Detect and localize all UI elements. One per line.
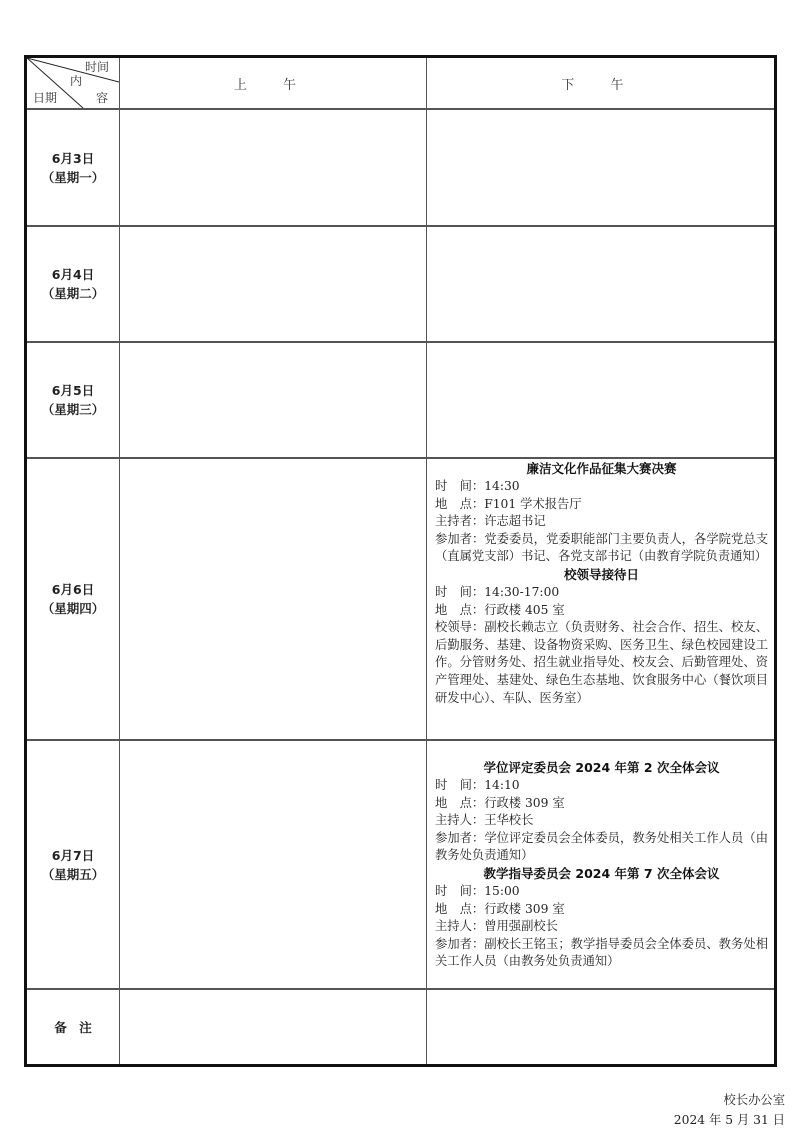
schedule-table: 时间 内 容 日期 上 午 下 午 6月3日 （星期一） 6月4日 （星期二） … (24, 55, 777, 1067)
weekday-label: （星期三） (42, 400, 105, 419)
morning-cell-fri (120, 741, 426, 988)
header-morning: 上 午 (120, 58, 426, 108)
footer-issuer: 校长办公室 (724, 1090, 786, 1108)
header-corner-cell: 时间 内 容 日期 (27, 58, 119, 108)
event-location: 地 点：行政楼 309 室 (435, 901, 768, 919)
afternoon-cell-fri: 学位评定委员会 2024 年第 2 次全体会议 时 间：14:10 地 点：行政… (427, 741, 774, 988)
date-label: 6月5日 (52, 381, 94, 400)
event-time: 时 间：14:10 (435, 777, 768, 795)
remarks-content-cell (120, 990, 774, 1064)
event-title: 校领导接待日 (435, 566, 768, 584)
afternoon-cell-thu: 廉洁文化作品征集大赛决赛 时 间：14:30 地 点：F101 学术报告厅 主持… (427, 459, 774, 739)
date-cell-fri: 6月7日 （星期五） (27, 741, 119, 988)
event-title: 廉洁文化作品征集大赛决赛 (435, 460, 768, 478)
event: 廉洁文化作品征集大赛决赛 时 间：14:30 地 点：F101 学术报告厅 主持… (435, 460, 768, 566)
corner-time-label: 时间 (85, 58, 109, 75)
header-afternoon: 下 午 (427, 58, 774, 108)
date-label: 6月7日 (52, 846, 94, 865)
date-label: 6月4日 (52, 265, 94, 284)
remarks-label: 备 注 (54, 1018, 92, 1037)
morning-cell-thu (120, 459, 426, 739)
event-host: 主持人：曾用强副校长 (435, 918, 768, 936)
event-participants: 参加者：学位评定委员会全体委员，教务处相关工作人员（由教务处负责通知） (435, 830, 768, 865)
corner-content-label-1: 内 (70, 72, 82, 89)
date-cell-tue: 6月4日 （星期二） (27, 227, 119, 341)
date-cell-wed: 6月5日 （星期三） (27, 343, 119, 457)
weekday-label: （星期五） (42, 865, 105, 884)
event-time: 时 间：14:30 (435, 478, 768, 496)
corner-content-label-2: 容 (96, 89, 108, 106)
event-host: 主持人：王华校长 (435, 812, 768, 830)
event-leader: 校领导：副校长赖志立（负责财务、社会合作、招生、校友、后勤服务、基建、设备物资采… (435, 619, 768, 707)
date-cell-mon: 6月3日 （星期一） (27, 110, 119, 225)
afternoon-cell-tue (427, 227, 774, 341)
event-location: 地 点：F101 学术报告厅 (435, 496, 768, 514)
event-time: 时 间：14:30-17:00 (435, 584, 768, 602)
afternoon-cell-wed (427, 343, 774, 457)
morning-cell-wed (120, 343, 426, 457)
event: 学位评定委员会 2024 年第 2 次全体会议 时 间：14:10 地 点：行政… (435, 759, 768, 865)
weekday-label: （星期二） (42, 284, 105, 303)
event-participants: 参加者：副校长王铭玉；教学指导委员会全体委员、教务处相关工作人员（由教务处负责通… (435, 936, 768, 971)
date-label: 6月6日 (52, 580, 94, 599)
footer-date: 2024 年 5 月 31 日 (674, 1110, 785, 1128)
event-host: 主持者：许志超书记 (435, 513, 768, 531)
event-title: 教学指导委员会 2024 年第 7 次全体会议 (435, 865, 768, 883)
date-label: 6月3日 (52, 149, 94, 168)
weekday-label: （星期一） (42, 168, 105, 187)
afternoon-cell-mon (427, 110, 774, 225)
date-cell-thu: 6月6日 （星期四） (27, 459, 119, 739)
event-location: 地 点：行政楼 309 室 (435, 795, 768, 813)
event: 教学指导委员会 2024 年第 7 次全体会议 时 间：15:00 地 点：行政… (435, 865, 768, 971)
morning-cell-tue (120, 227, 426, 341)
corner-date-label: 日期 (33, 89, 57, 106)
weekday-label: （星期四） (42, 599, 105, 618)
remarks-label-cell: 备 注 (27, 990, 119, 1064)
morning-cell-mon (120, 110, 426, 225)
event: 校领导接待日 时 间：14:30-17:00 地 点：行政楼 405 室 校领导… (435, 566, 768, 707)
event-title: 学位评定委员会 2024 年第 2 次全体会议 (435, 759, 768, 777)
event-location: 地 点：行政楼 405 室 (435, 602, 768, 620)
event-time: 时 间：15:00 (435, 883, 768, 901)
event-participants: 参加者：党委委员，党委职能部门主要负责人，各学院党总支（直属党支部）书记、各党支… (435, 531, 768, 566)
